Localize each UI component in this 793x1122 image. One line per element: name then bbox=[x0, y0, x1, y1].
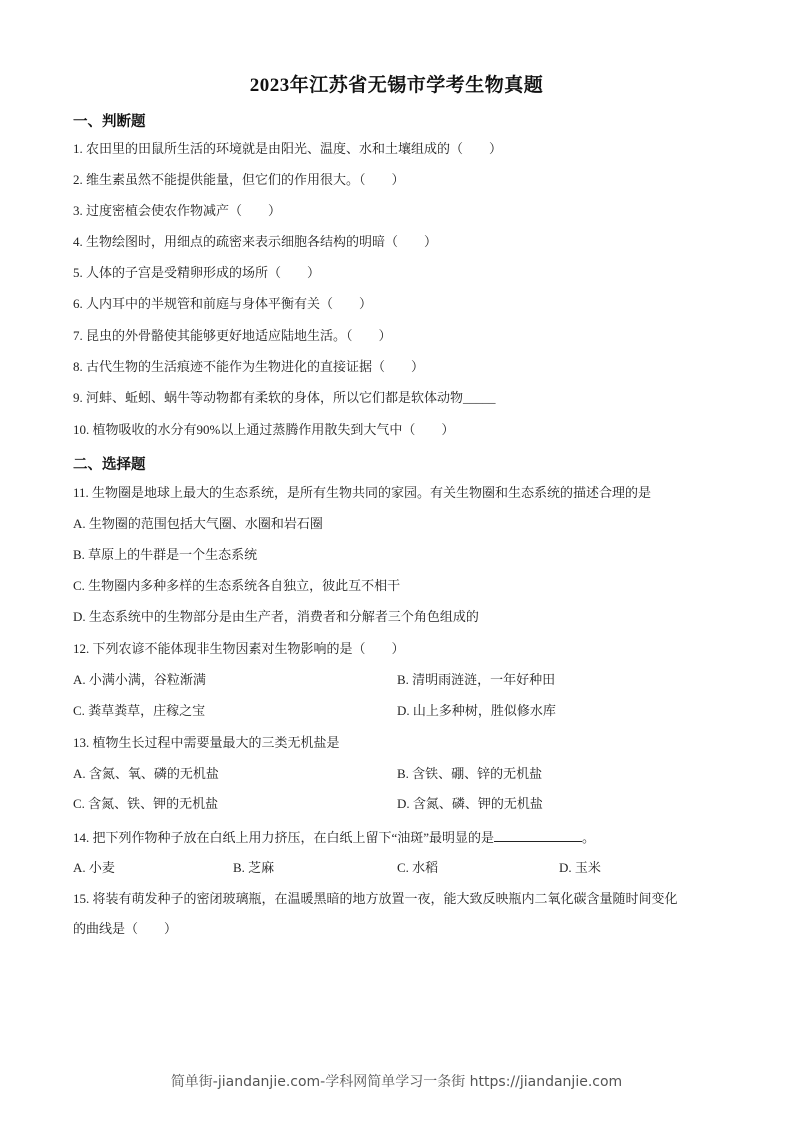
question-12: 12. 下列农谚不能体现非生物因素对生物影响的是（ ） bbox=[73, 641, 405, 657]
question-text: 河蚌、蚯蚓、蜗牛等动物都有柔软的身体，所以它们都是软体动物 bbox=[86, 390, 463, 405]
option-label: A. bbox=[73, 766, 86, 781]
question-number: 8. bbox=[73, 359, 83, 374]
question-number: 4. bbox=[73, 234, 83, 249]
option-text: 含铁、硼、锌的无机盐 bbox=[412, 766, 542, 781]
option-13-b: B. 含铁、硼、锌的无机盐 bbox=[397, 766, 542, 782]
option-11-a: A. 生物圈的范围包括大气圈、水圈和岩石圈 bbox=[73, 516, 323, 532]
question-text: 生物绘图时，用细点的疏密来表示细胞各结构的明暗（ ） bbox=[86, 234, 437, 249]
question-14: 14. 把下列作物种子放在白纸上用力挤压，在白纸上留下“油斑”最明显的是。 bbox=[73, 829, 595, 846]
option-11-c: C. 生物圈内多种多样的生态系统各自独立，彼此互不相干 bbox=[73, 578, 400, 594]
question-text: 下列农谚不能体现非生物因素对生物影响的是（ ） bbox=[93, 641, 405, 656]
option-13-d: D. 含氮、磷、钾的无机盐 bbox=[397, 796, 543, 812]
question-11: 11. 生物圈是地球上最大的生态系统，是所有生物共同的家园。有关生物圈和生态系统… bbox=[73, 485, 651, 501]
question-text: 把下列作物种子放在白纸上用力挤压，在白纸上留下“油斑”最明显的是 bbox=[93, 830, 495, 845]
question-text: 昆虫的外骨骼使其能够更好地适应陆地生活。（ ） bbox=[86, 328, 392, 343]
section-heading-judgement: 一、判断题 bbox=[73, 110, 146, 131]
question-2: 2. 维生素虽然不能提供能量，但它们的作用很大。（ ） bbox=[73, 172, 405, 188]
option-label: A. bbox=[73, 860, 86, 875]
option-text: 山上多种树，胜似修水库 bbox=[413, 703, 556, 718]
question-number: 14. bbox=[73, 830, 89, 845]
option-label: C. bbox=[73, 703, 85, 718]
question-1: 1. 农田里的田鼠所生活的环境就是由阳光、温度、水和土壤组成的（ ） bbox=[73, 141, 502, 157]
option-text: 小满小满，谷粒渐满 bbox=[89, 672, 206, 687]
question-number: 13. bbox=[73, 735, 89, 750]
question-text: 生物圈是地球上最大的生态系统，是所有生物共同的家园。有关生物圈和生态系统的描述合… bbox=[92, 485, 651, 500]
answer-blank: _____ bbox=[463, 390, 496, 405]
question-text: 维生素虽然不能提供能量，但它们的作用很大。（ ） bbox=[86, 172, 405, 187]
footer-watermark: 简单街-jiandanjie.com-学科网简单学习一条街 https://ji… bbox=[0, 1071, 793, 1091]
option-12-b: B. 清明雨涟涟，一年好种田 bbox=[397, 672, 555, 688]
option-14-a: A. 小麦 bbox=[73, 860, 115, 876]
question-13: 13. 植物生长过程中需要量最大的三类无机盐是 bbox=[73, 735, 340, 751]
question-text: 农田里的田鼠所生活的环境就是由阳光、温度、水和土壤组成的（ ） bbox=[86, 141, 502, 156]
question-suffix: 。 bbox=[582, 830, 595, 845]
question-text: 过度密植会使农作物减产（ ） bbox=[86, 203, 281, 218]
option-12-d: D. 山上多种树，胜似修水库 bbox=[397, 703, 556, 719]
question-number: 10. bbox=[73, 422, 89, 437]
option-text: 含氮、铁、钾的无机盐 bbox=[88, 796, 218, 811]
option-label: D. bbox=[397, 703, 410, 718]
option-13-a: A. 含氮、氧、磷的无机盐 bbox=[73, 766, 219, 782]
option-label: B. bbox=[397, 672, 409, 687]
option-14-d: D. 玉米 bbox=[559, 860, 601, 876]
question-text: 的曲线是（ ） bbox=[73, 921, 177, 936]
question-number: 11. bbox=[73, 485, 89, 500]
question-text: 植物吸收的水分有90%以上通过蒸腾作用散失到大气中（ ） bbox=[93, 422, 455, 437]
question-15: 15. 将装有萌发种子的密闭玻璃瓶，在温暖黑暗的地方放置一夜，能大致反映瓶内二氧… bbox=[73, 891, 678, 907]
question-text: 古代生物的生活痕迹不能作为生物进化的直接证据（ ） bbox=[86, 359, 424, 374]
option-12-a: A. 小满小满，谷粒渐满 bbox=[73, 672, 206, 688]
question-text: 将装有萌发种子的密闭玻璃瓶，在温暖黑暗的地方放置一夜，能大致反映瓶内二氧化碳含量… bbox=[93, 891, 678, 906]
option-label: C. bbox=[73, 578, 85, 593]
question-number: 12. bbox=[73, 641, 89, 656]
option-text: 生物圈的范围包括大气圈、水圈和岩石圈 bbox=[89, 516, 323, 531]
question-9: 9. 河蚌、蚯蚓、蜗牛等动物都有柔软的身体，所以它们都是软体动物_____ bbox=[73, 390, 496, 406]
page-title: 2023年江苏省无锡市学考生物真题 bbox=[0, 70, 793, 97]
question-number: 5. bbox=[73, 265, 83, 280]
question-10: 10. 植物吸收的水分有90%以上通过蒸腾作用散失到大气中（ ） bbox=[73, 422, 454, 438]
question-number: 15. bbox=[73, 891, 89, 906]
option-14-b: B. 芝麻 bbox=[233, 860, 274, 876]
option-text: 玉米 bbox=[575, 860, 601, 875]
option-text: 水稻 bbox=[412, 860, 438, 875]
option-text: 生态系统中的生物部分是由生产者，消费者和分解者三个角色组成的 bbox=[89, 609, 479, 624]
question-number: 1. bbox=[73, 141, 83, 156]
question-7: 7. 昆虫的外骨骼使其能够更好地适应陆地生活。（ ） bbox=[73, 328, 392, 344]
option-text: 草原上的牛群是一个生态系统 bbox=[88, 547, 257, 562]
option-label: D. bbox=[397, 796, 410, 811]
option-13-c: C. 含氮、铁、钾的无机盐 bbox=[73, 796, 218, 812]
option-label: A. bbox=[73, 672, 86, 687]
option-label: D. bbox=[559, 860, 572, 875]
option-text: 含氮、磷、钾的无机盐 bbox=[413, 796, 543, 811]
option-11-d: D. 生态系统中的生物部分是由生产者，消费者和分解者三个角色组成的 bbox=[73, 609, 479, 625]
option-label: B. bbox=[397, 766, 409, 781]
option-label: D. bbox=[73, 609, 86, 624]
option-14-c: C. 水稻 bbox=[397, 860, 438, 876]
option-12-c: C. 粪草粪草，庄稼之宝 bbox=[73, 703, 205, 719]
question-text: 植物生长过程中需要量最大的三类无机盐是 bbox=[93, 735, 340, 750]
option-text: 芝麻 bbox=[248, 860, 274, 875]
question-number: 2. bbox=[73, 172, 83, 187]
question-number: 3. bbox=[73, 203, 83, 218]
question-number: 9. bbox=[73, 390, 83, 405]
question-3: 3. 过度密植会使农作物减产（ ） bbox=[73, 203, 281, 219]
question-6: 6. 人内耳中的半规管和前庭与身体平衡有关（ ） bbox=[73, 296, 372, 312]
option-text: 粪草粪草，庄稼之宝 bbox=[88, 703, 205, 718]
question-text: 人内耳中的半规管和前庭与身体平衡有关（ ） bbox=[86, 296, 372, 311]
option-label: C. bbox=[397, 860, 409, 875]
question-number: 6. bbox=[73, 296, 83, 311]
question-number: 7. bbox=[73, 328, 83, 343]
question-4: 4. 生物绘图时，用细点的疏密来表示细胞各结构的明暗（ ） bbox=[73, 234, 437, 250]
option-label: A. bbox=[73, 516, 86, 531]
option-label: B. bbox=[73, 547, 85, 562]
option-text: 小麦 bbox=[89, 860, 115, 875]
option-text: 含氮、氧、磷的无机盐 bbox=[89, 766, 219, 781]
question-15-continued: 的曲线是（ ） bbox=[73, 921, 177, 937]
option-label: C. bbox=[73, 796, 85, 811]
answer-blank bbox=[494, 829, 582, 842]
option-label: B. bbox=[233, 860, 245, 875]
option-text: 清明雨涟涟，一年好种田 bbox=[412, 672, 555, 687]
question-5: 5. 人体的子宫是受精卵形成的场所（ ） bbox=[73, 265, 320, 281]
question-text: 人体的子宫是受精卵形成的场所（ ） bbox=[86, 265, 320, 280]
option-11-b: B. 草原上的牛群是一个生态系统 bbox=[73, 547, 257, 563]
section-heading-choice: 二、选择题 bbox=[73, 453, 146, 474]
question-8: 8. 古代生物的生活痕迹不能作为生物进化的直接证据（ ） bbox=[73, 359, 424, 375]
option-text: 生物圈内多种多样的生态系统各自独立，彼此互不相干 bbox=[88, 578, 400, 593]
